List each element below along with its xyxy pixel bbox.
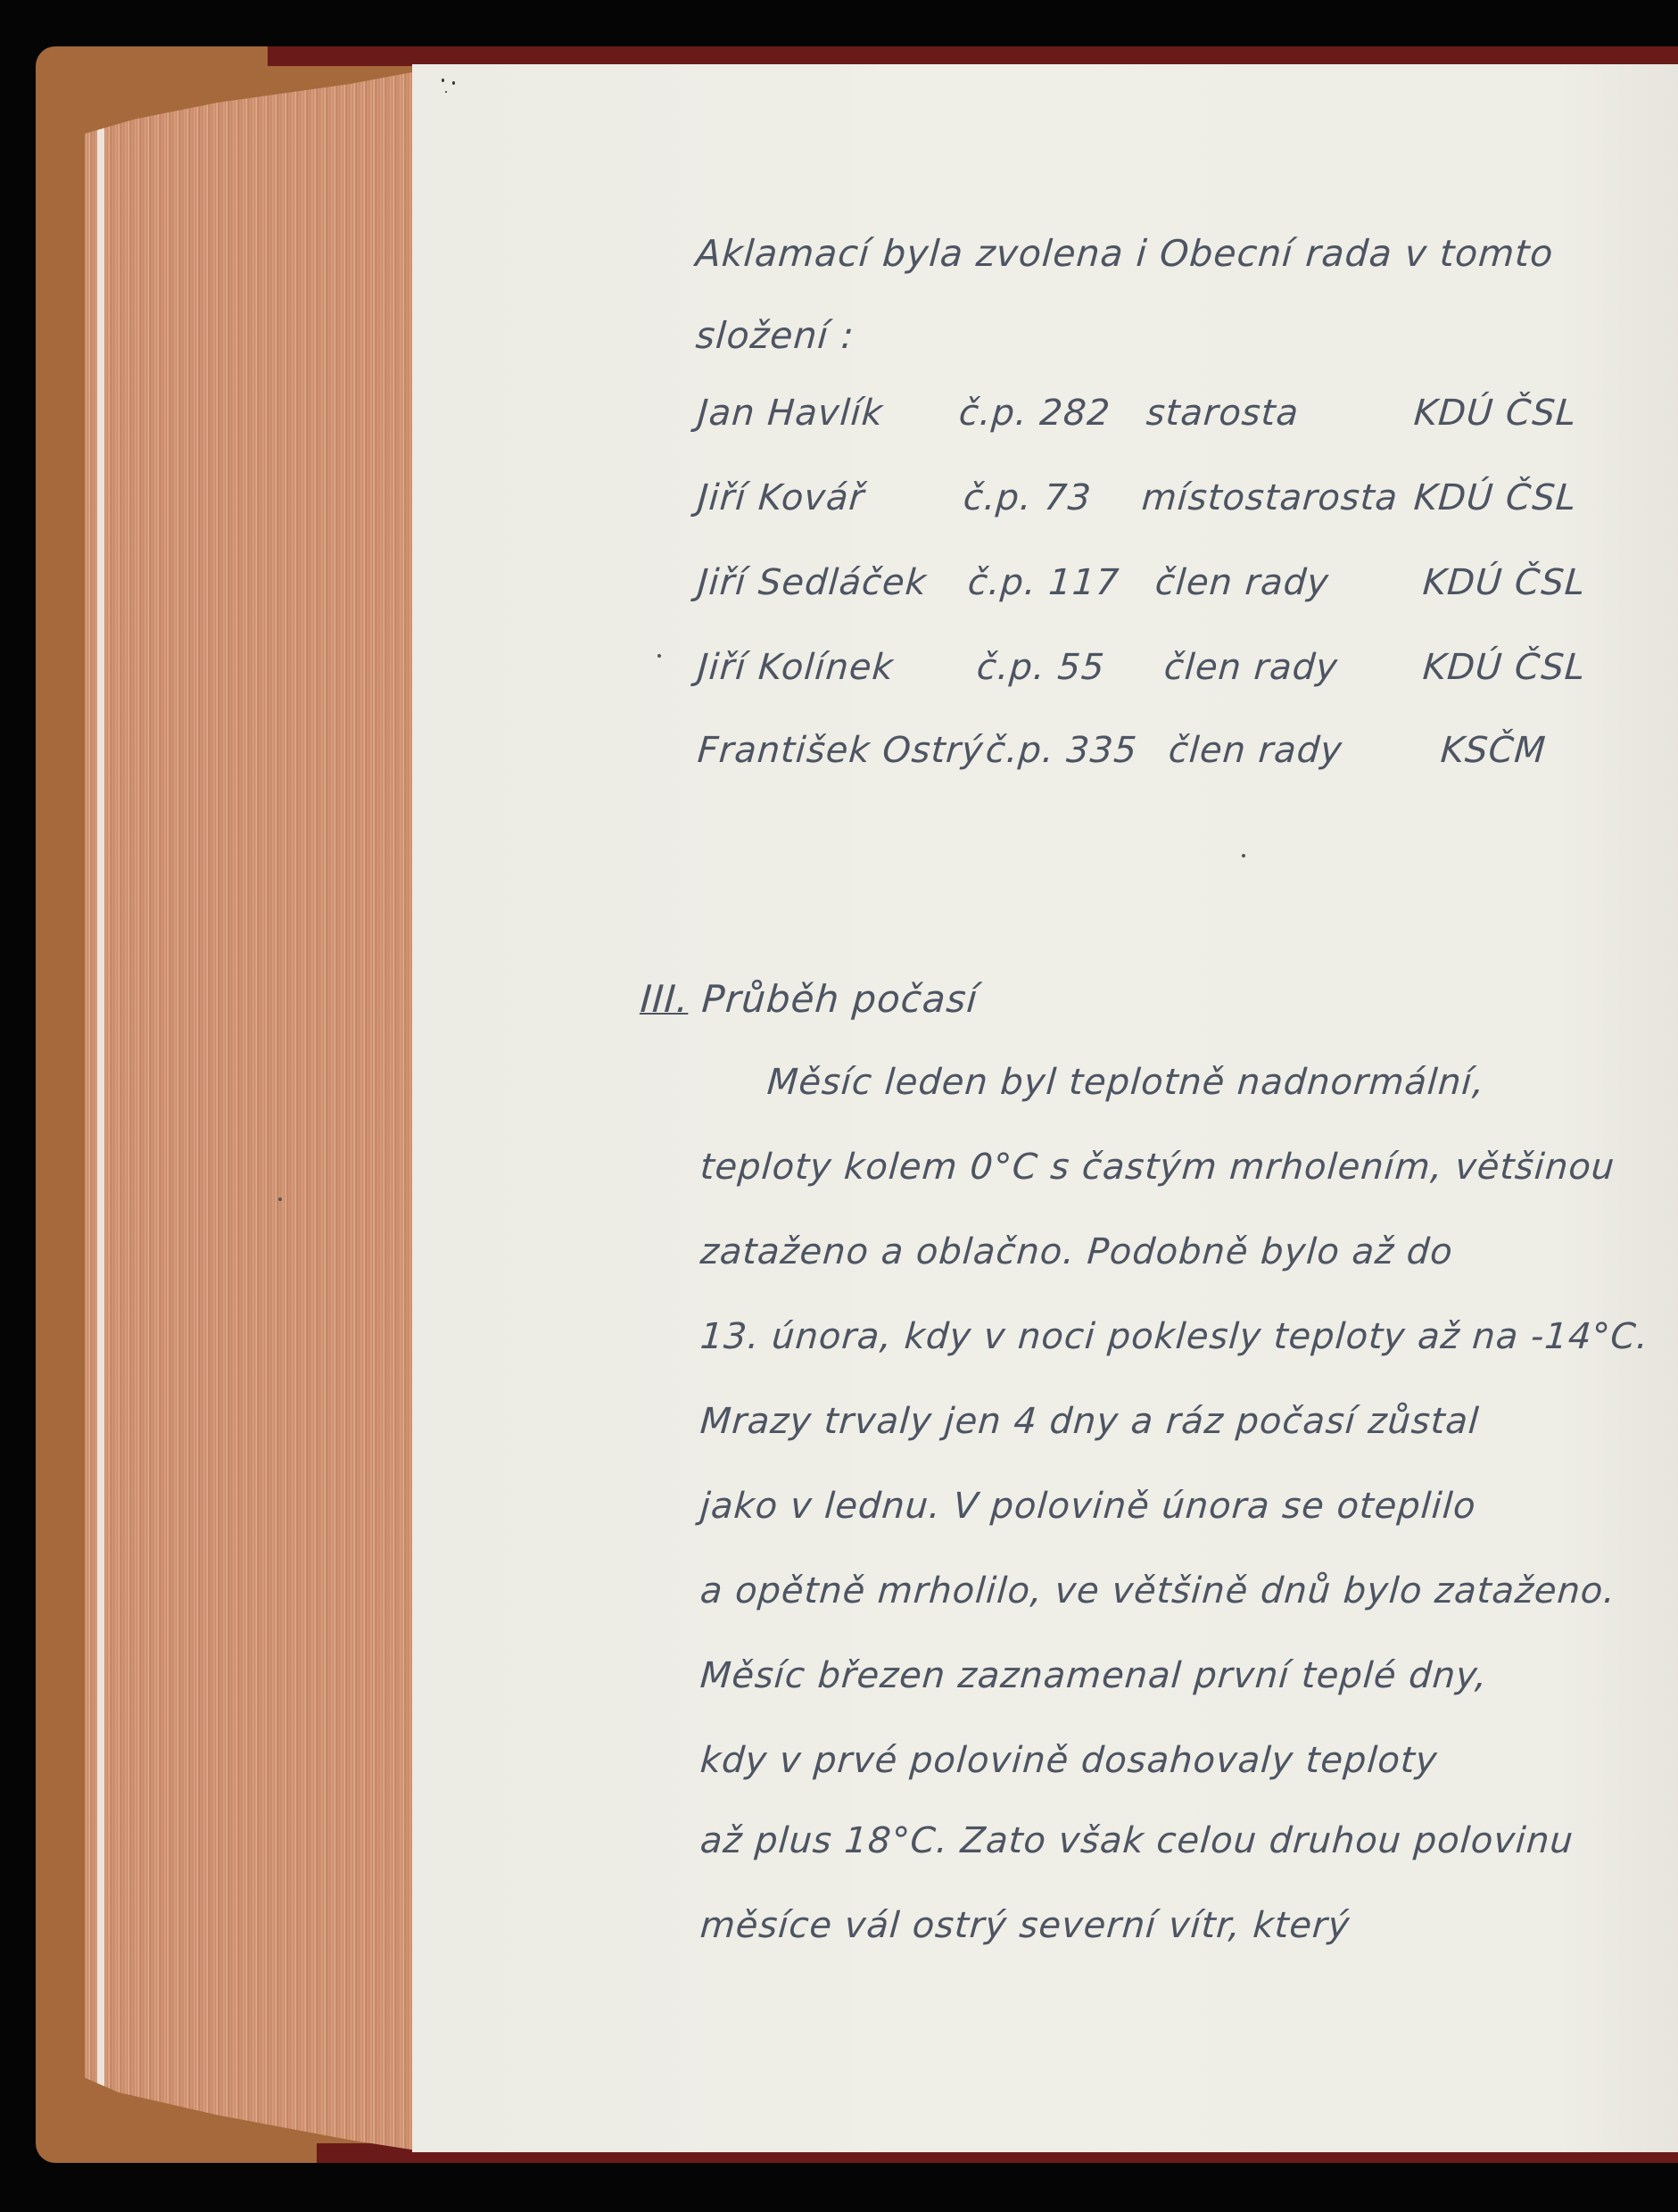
intro-line-1: Aklamací byla zvolena i Obecní rada v to…	[694, 232, 1555, 275]
paragraph-line: jako v lednu. V polovině února se otepli…	[698, 1486, 1477, 1527]
council-party: KDÚ ČSL	[1412, 477, 1578, 518]
council-house-number: č.p. 282	[957, 393, 1112, 434]
council-name: Jiří Sedláček	[696, 562, 928, 603]
page-edge-highlight	[97, 71, 104, 2150]
council-party: KDÚ ČSL	[1421, 562, 1587, 603]
council-name: Jiří Kovář	[696, 477, 865, 518]
paragraph-line: 13. února, kdy v noci poklesly teploty a…	[698, 1316, 1649, 1357]
page-edges	[85, 71, 417, 2150]
page-specks	[442, 79, 477, 96]
paragraph-line: kdy v prvé polovině dosahovaly teploty	[698, 1740, 1439, 1781]
council-house-number: č.p. 117	[966, 562, 1120, 603]
section-number: III.	[639, 977, 690, 1021]
council-party: KDÚ ČSL	[1421, 647, 1587, 688]
council-role: člen rady	[1162, 647, 1339, 688]
council-house-number: č.p. 55	[975, 647, 1106, 688]
paragraph-line: zataženo a oblačno. Podobně bylo až do	[698, 1231, 1454, 1272]
council-role: místostarosta	[1140, 477, 1399, 518]
council-house-number: č.p. 73	[962, 477, 1093, 518]
paragraph-line: měsíce vál ostrý severní vítr, který	[698, 1905, 1351, 1946]
council-name: Jan Havlík	[696, 393, 884, 434]
intro-line-2: složení :	[694, 314, 856, 357]
section-title: Průběh počasí	[700, 977, 980, 1021]
council-name: Jiří Kolínek	[696, 647, 895, 688]
council-party: KDÚ ČSL	[1412, 393, 1578, 434]
council-name: František Ostrý	[696, 730, 985, 771]
paragraph-line: Měsíc leden byl teplotně nadnormální,	[765, 1062, 1486, 1103]
council-role: člen rady	[1153, 562, 1330, 603]
paragraph-line: až plus 18°C. Zato však celou druhou pol…	[698, 1820, 1575, 1861]
paragraph-line: teploty kolem 0°C s častým mrholením, vě…	[698, 1147, 1616, 1188]
section-heading: III. Průběh počasí	[639, 977, 980, 1021]
council-house-number: č.p. 335	[984, 730, 1138, 771]
council-role: starosta	[1145, 393, 1300, 434]
paragraph-line: a opětně mrholilo, ve většině dnů bylo z…	[698, 1570, 1616, 1611]
cover-edge-top	[268, 46, 1678, 66]
stray-mark	[278, 1197, 282, 1201]
paragraph-line: Mrazy trvaly jen 4 dny a ráz počasí zůst…	[698, 1401, 1480, 1442]
stray-mark	[1242, 854, 1245, 857]
paragraph-line: Měsíc březen zaznamenal první teplé dny,	[698, 1655, 1489, 1696]
council-party: KSČM	[1439, 730, 1547, 771]
council-role: člen rady	[1167, 730, 1343, 771]
stray-mark	[657, 654, 661, 658]
